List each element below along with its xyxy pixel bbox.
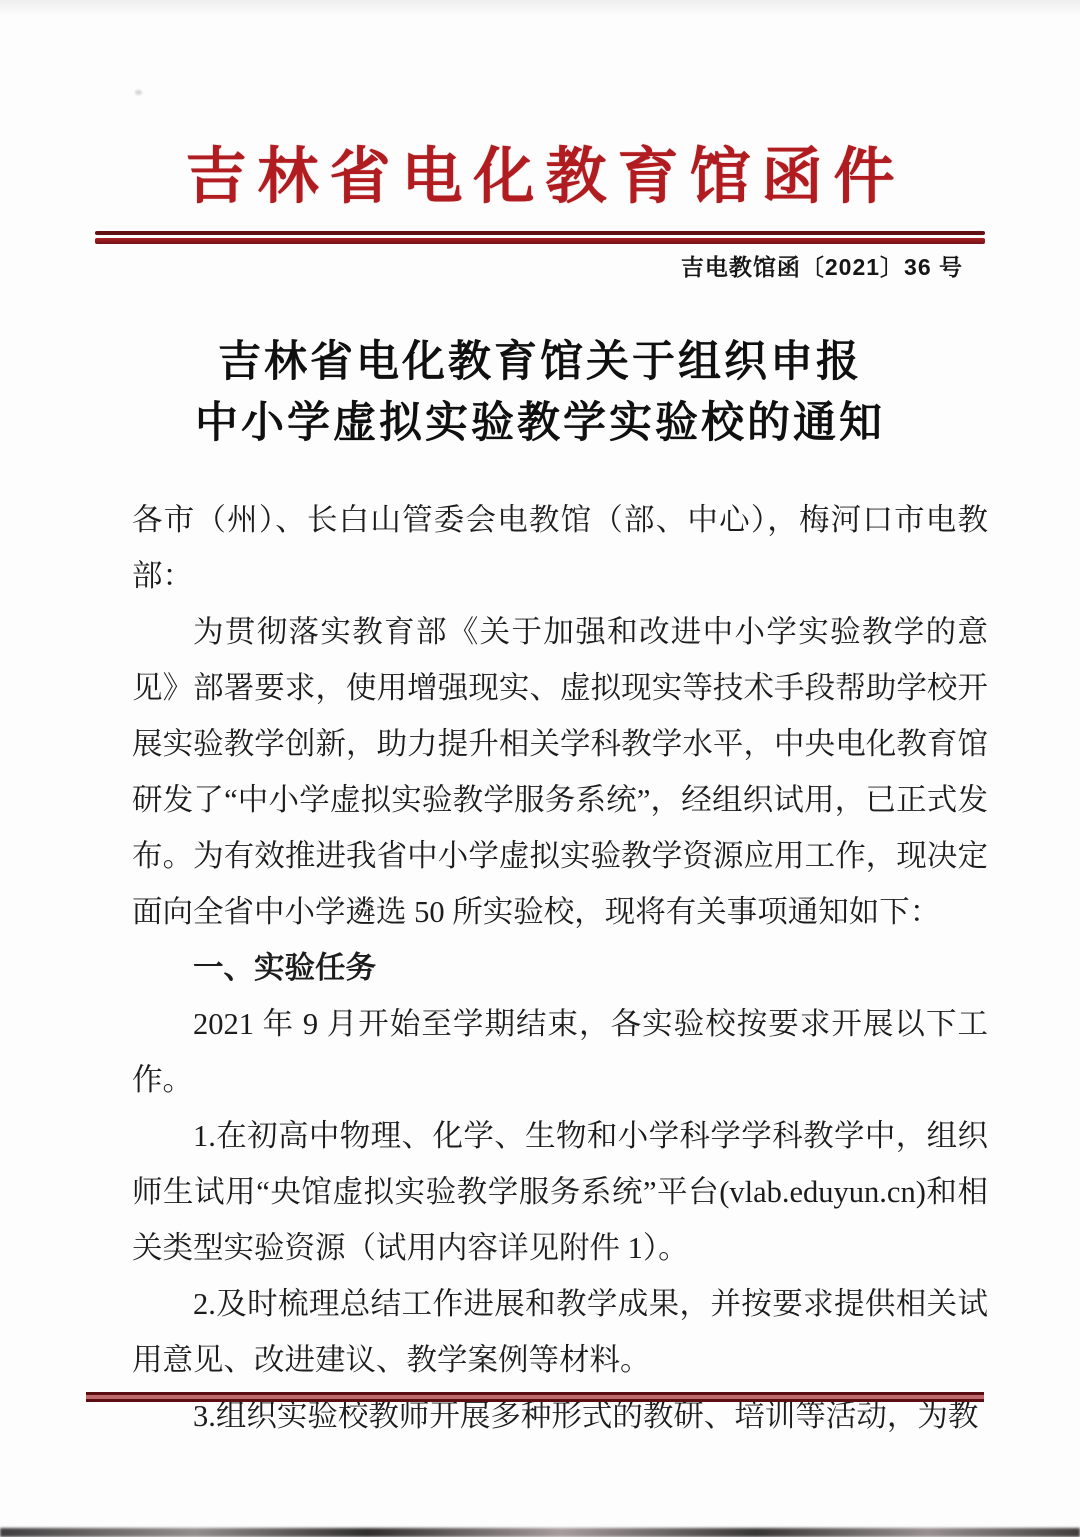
document-number: 吉电教馆函〔2021〕36 号 xyxy=(681,249,963,282)
scan-top-edge xyxy=(0,0,1080,16)
body-paragraph: 各市（州）、长白山管委会电教馆（部、中心），梅河口市电教部： xyxy=(132,492,988,604)
notice-title-line2: 中小学虚拟实验教学实验校的通知 xyxy=(0,393,1080,454)
scan-speck xyxy=(135,90,142,95)
body-paragraph: 1.在初高中物理、化学、生物和小学科学学科教学中，组织师生试用“央馆虚拟实验教学… xyxy=(132,1108,988,1276)
red-separator-top xyxy=(95,231,985,244)
notice-title-line1: 吉林省电化教育馆关于组织申报 xyxy=(0,332,1080,393)
notice-title: 吉林省电化教育馆关于组织申报 中小学虚拟实验教学实验校的通知 xyxy=(0,332,1080,454)
body-paragraph: 为贯彻落实教育部《关于加强和改进中小学实验教学的意见》部署要求，使用增强现实、虚… xyxy=(132,604,988,940)
document-page: 吉林省电化教育馆函件 吉电教馆函〔2021〕36 号 吉林省电化教育馆关于组织申… xyxy=(0,0,1080,1537)
document-body: 各市（州）、长白山管委会电教馆（部、中心），梅河口市电教部：为贯彻落实教育部《关… xyxy=(132,492,988,1444)
red-separator-bottom-line2 xyxy=(86,1399,984,1402)
section-heading: 一、实验任务 xyxy=(132,940,988,996)
letterhead-title: 吉林省电化教育馆函件 xyxy=(0,128,1080,215)
scan-bottom-edge xyxy=(0,1528,1080,1537)
body-paragraph: 2.及时梳理总结工作进展和教学成果，并按要求提供相关试用意见、改进建议、教学案例… xyxy=(132,1276,988,1388)
red-separator-top-line2 xyxy=(95,238,985,244)
red-separator-bottom xyxy=(86,1392,984,1402)
body-paragraph: 2021 年 9 月开始至学期结束，各实验校按要求开展以下工作。 xyxy=(132,996,988,1108)
